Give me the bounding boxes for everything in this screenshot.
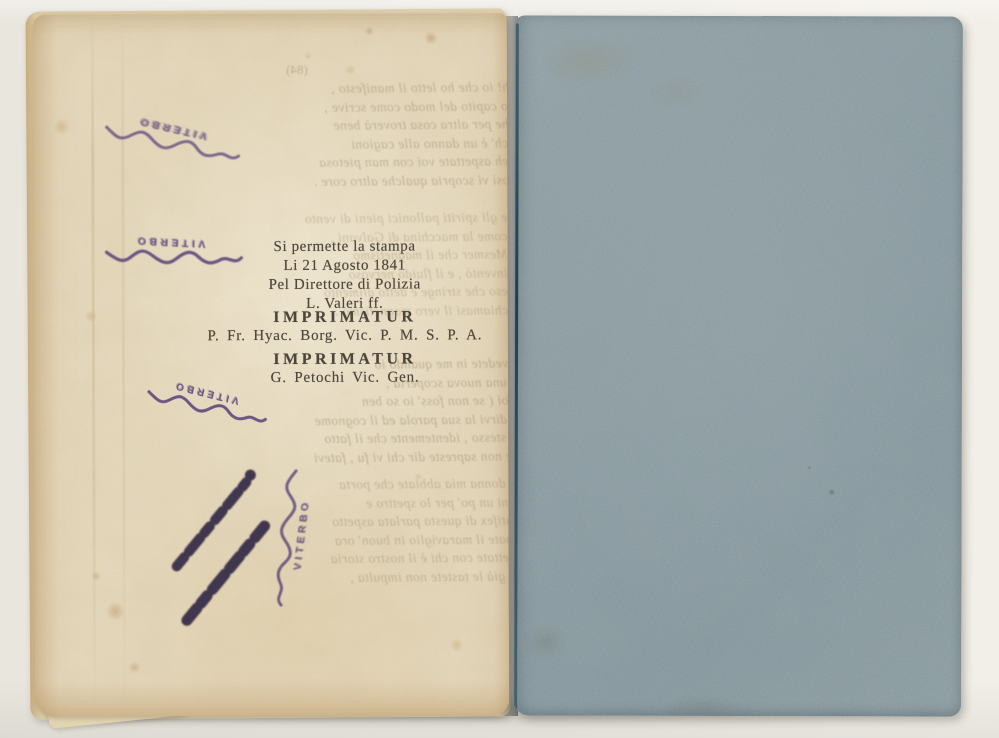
left-page: (84) Ah! io che ho letto il manifesto , … bbox=[33, 13, 509, 717]
imprimatur-heading: IMPRIMATUR bbox=[130, 307, 509, 328]
imprimatur-block-1: IMPRIMATUR P. Fr. Hyac. Borg. Vic. P. M.… bbox=[130, 307, 509, 347]
permit-line: Pel Direttore di Polizia bbox=[130, 275, 510, 296]
cover-spine-edge bbox=[514, 23, 519, 709]
imprimatur-heading: IMPRIMATUR bbox=[130, 349, 509, 370]
cover-grain-texture bbox=[513, 15, 963, 716]
heavy-ink-strike-stamp bbox=[146, 466, 327, 642]
photo-scene: (84) Ah! io che ho letto il manifesto , … bbox=[0, 0, 999, 738]
right-cover-page bbox=[513, 15, 963, 716]
imprimatur-line: P. Fr. Hyac. Borg. Vic. P. M. S. P. A. bbox=[130, 326, 509, 347]
